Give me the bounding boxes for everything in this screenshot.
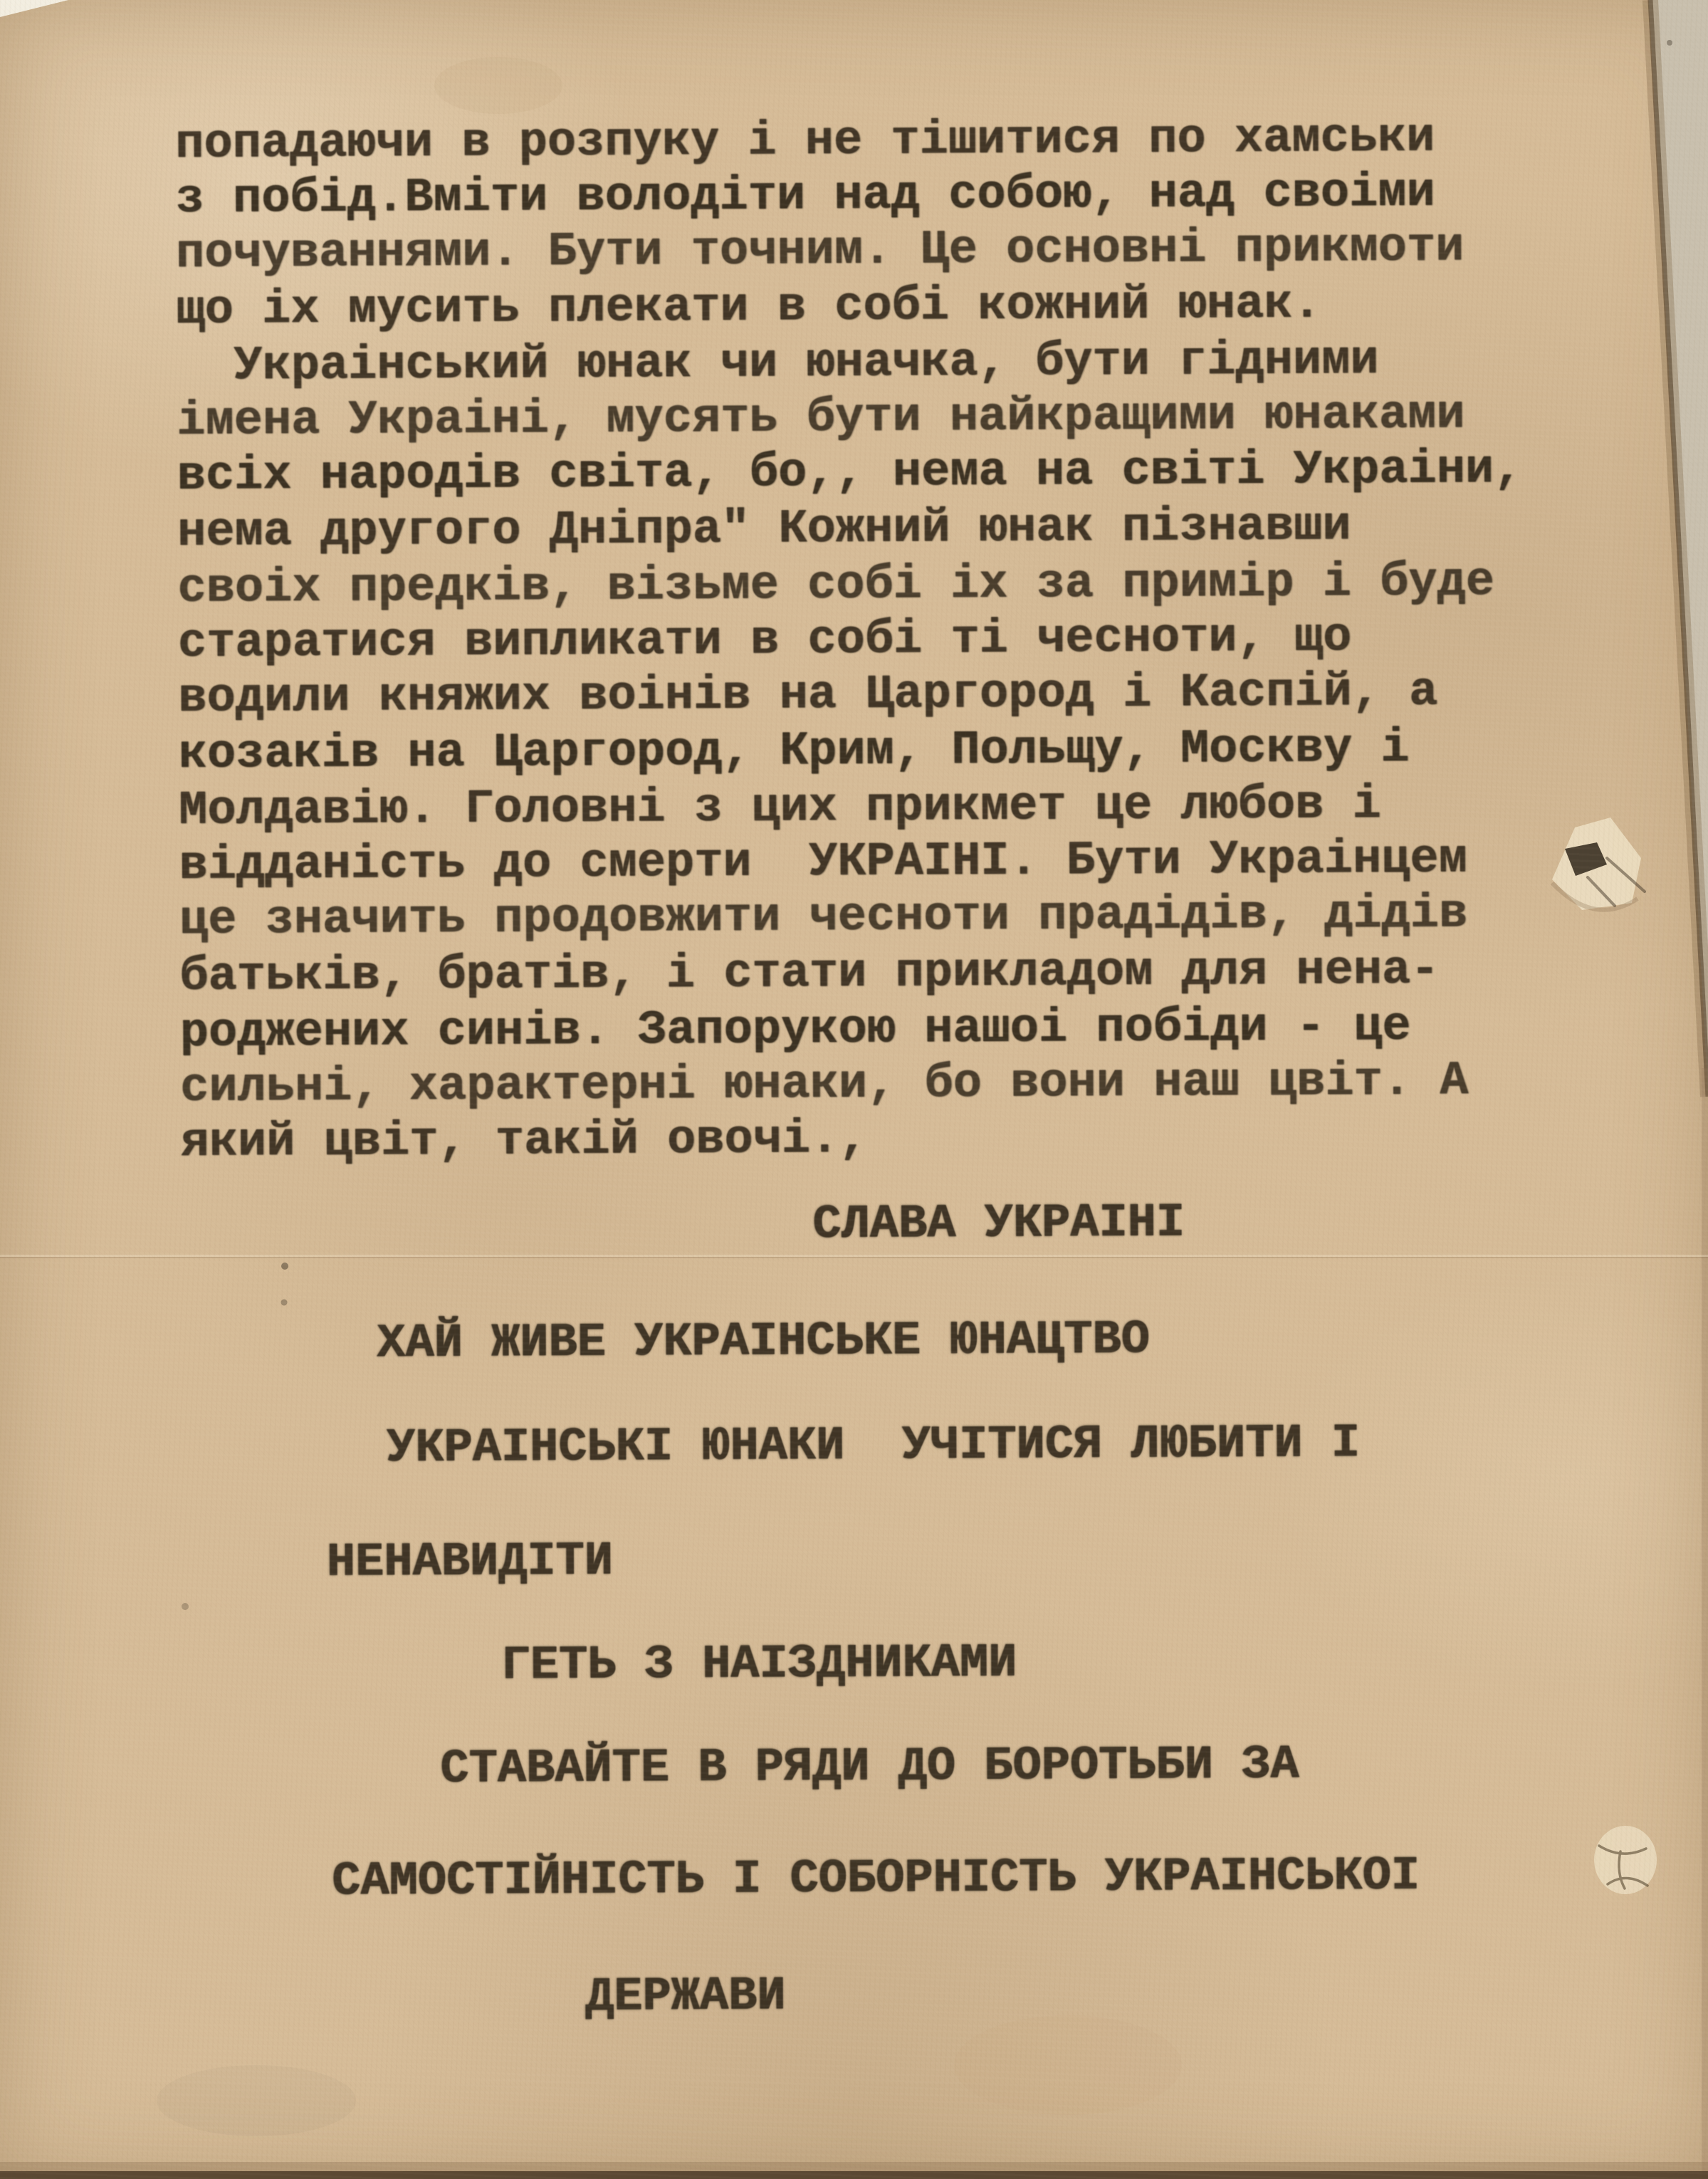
- text-line: батьків, братів, і стати прикладом для н…: [179, 942, 1575, 1005]
- text-line: Молдавію. Головні з цих прикмет це любов…: [179, 776, 1574, 839]
- text-line: козаків на Царгород, Крим, Польщу, Москв…: [178, 720, 1573, 783]
- slogan-line: НЕНАВИДІТИ: [326, 1534, 612, 1591]
- paragraph-block: попадаючи в розпуку і не тішитися по хам…: [175, 109, 1576, 1171]
- text-line: нема другого Дніпра" Кожний юнак пізнавш…: [177, 498, 1573, 560]
- text-line: Украінський юнак чи юначка, бути гідними: [177, 332, 1572, 394]
- slogan-line: ХАЙ ЖИВЕ УКРАІНСЬКЕ ЮНАЦТВО: [377, 1312, 1150, 1372]
- text-line: імена Украіні, мусять бути найкращими юн…: [177, 387, 1572, 449]
- slogan-line: СТАВАЙТЕ В РЯДИ ДО БОРОТЬБИ ЗА: [440, 1738, 1299, 1797]
- typewritten-text: попадаючи в розпуку і не тішитися по хам…: [0, 0, 1708, 2179]
- text-line: роджених синів. Запорукою нашоі побіди -…: [180, 998, 1576, 1061]
- text-line: сильні, характерні юнаки, бо вони наш цв…: [180, 1053, 1576, 1116]
- text-line: який цвіт, такій овочі.,: [180, 1108, 1576, 1171]
- text-line: водили княжих воінів на Царгород і Каспі…: [178, 664, 1573, 726]
- scanned-document-page: попадаючи в розпуку і не тішитися по хам…: [0, 0, 1708, 2179]
- text-line: з побід.Вміти володіти над собою, над св…: [175, 164, 1571, 227]
- slogan-line: ДЕРЖАВИ: [585, 1969, 786, 2025]
- slogan-line: УКРАІНСЬКІ ЮНАКИ УЧІТИСЯ ЛЮБИТИ І: [387, 1416, 1360, 1476]
- text-line: це значить продовжити чесноти прадідів, …: [179, 886, 1575, 949]
- slogan-line: ГЕТЬ З НАІЗДНИКАМИ: [501, 1636, 1017, 1694]
- text-line: попадаючи в розпуку і не тішитися по хам…: [175, 110, 1571, 172]
- text-line: всіх народів світа, бо,, нема на світі У…: [177, 441, 1572, 504]
- text-line: що іх мусить плекати в собі кожний юнак.: [176, 276, 1571, 338]
- slogan-line: САМОСТІЙНІСТЬ І СОБОРНІСТЬ УКРАІНСЬКОІ: [332, 1849, 1420, 1910]
- slogan-line: СЛАВА УКРАІНІ: [812, 1196, 1185, 1253]
- text-line: своіх предків, візьме собі іх за примір …: [177, 554, 1573, 617]
- text-line: старатися випликати в собі ті чесноти, щ…: [178, 609, 1573, 672]
- text-line: почуваннями. Бути точним. Це основні при…: [176, 219, 1571, 282]
- text-line: відданість до смерти УКРАІНІ. Бути Украі…: [179, 831, 1574, 894]
